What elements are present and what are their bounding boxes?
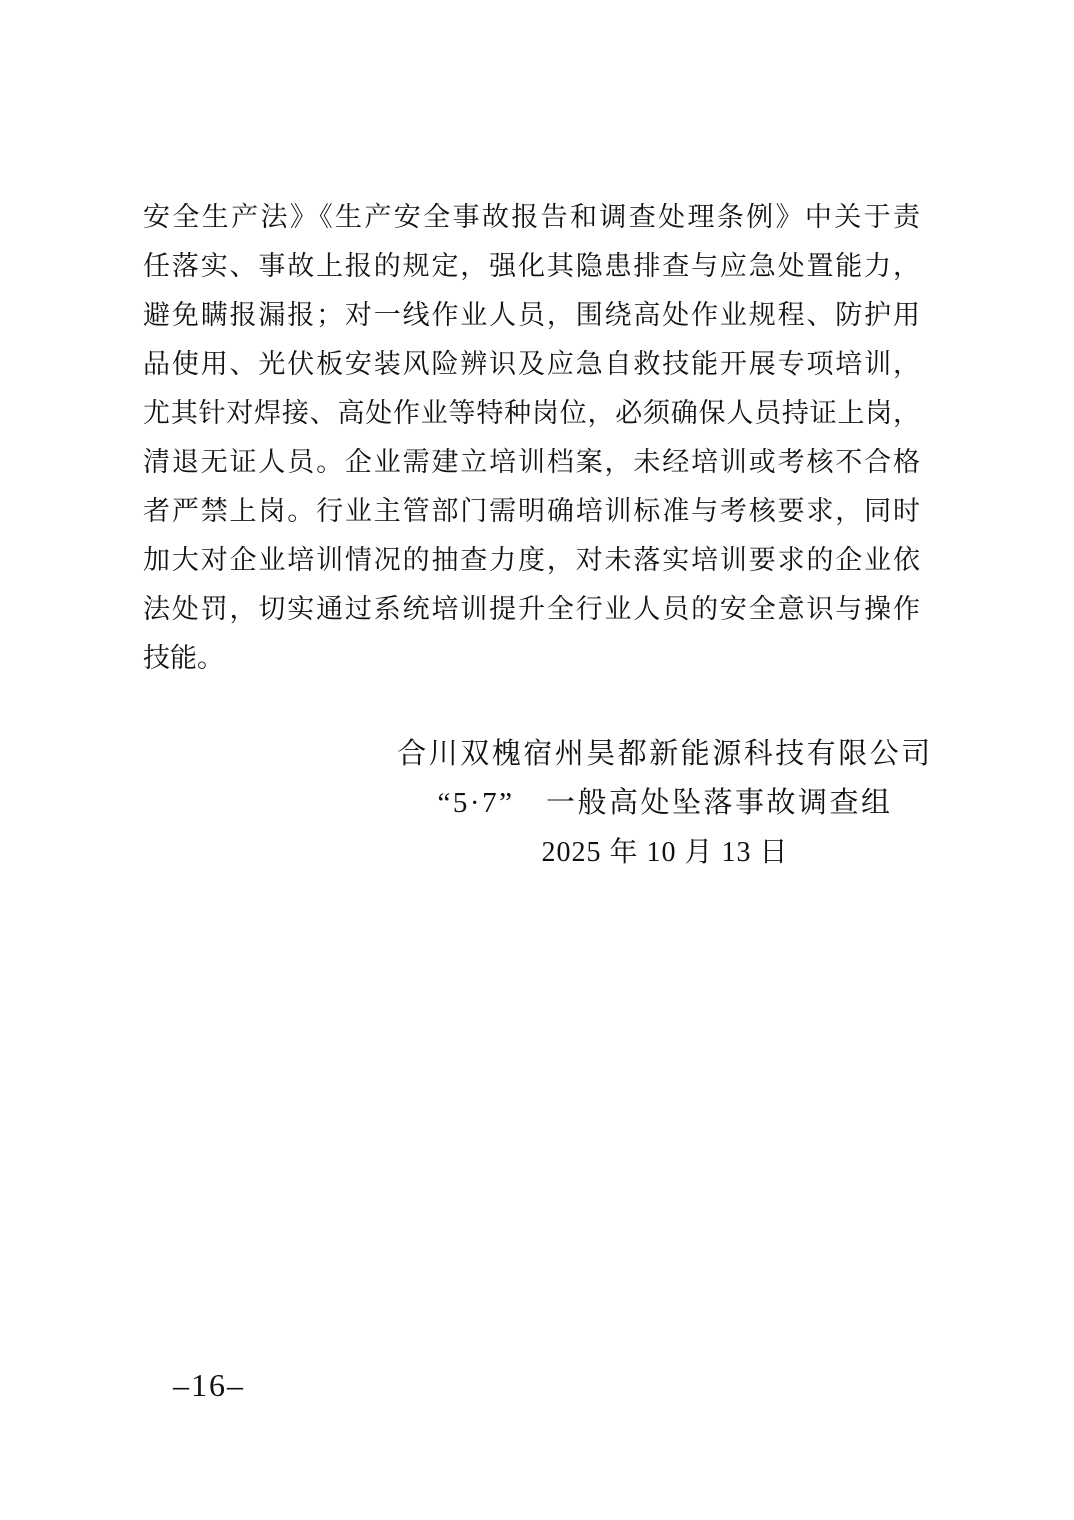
body-line: 者严禁上岗。行业主管部门需明确培训标准与考核要求，同时 (143, 487, 920, 536)
body-line-last: 技能。 (143, 634, 920, 683)
body-line: 加大对企业培训情况的抽查力度，对未落实培训要求的企业依 (143, 536, 920, 585)
signature-date: 2025 年 10 月 13 日 (365, 828, 965, 877)
signature-block: 合川双槐宿州昊都新能源科技有限公司 “5·7” 一般高处坠落事故调查组 2025… (365, 730, 965, 877)
body-line: 避免瞒报漏报；对一线作业人员，围绕高处作业规程、防护用 (143, 291, 920, 340)
signature-team: “5·7” 一般高处坠落事故调查组 (365, 779, 965, 828)
page-number: –16– (173, 1367, 245, 1403)
body-line: 清退无证人员。企业需建立培训档案，未经培训或考核不合格 (143, 438, 920, 487)
body-line: 安全生产法》《生产安全事故报告和调查处理条例》中关于责 (143, 193, 920, 242)
body-line: 任落实、事故上报的规定，强化其隐患排查与应急处置能力， (143, 242, 920, 291)
signature-organization: 合川双槐宿州昊都新能源科技有限公司 (365, 730, 965, 779)
body-line: 法处罚，切实通过系统培训提升全行业人员的安全意识与操作 (143, 585, 920, 634)
body-paragraph: 安全生产法》《生产安全事故报告和调查处理条例》中关于责 任落实、事故上报的规定，… (143, 193, 920, 683)
body-line: 品使用、光伏板安装风险辨识及应急自救技能开展专项培训， (143, 340, 920, 389)
body-line: 尤其针对焊接、高处作业等特种岗位，必须确保人员持证上岗， (143, 389, 920, 438)
document-page: 安全生产法》《生产安全事故报告和调查处理条例》中关于责 任落实、事故上报的规定，… (0, 0, 1074, 1520)
